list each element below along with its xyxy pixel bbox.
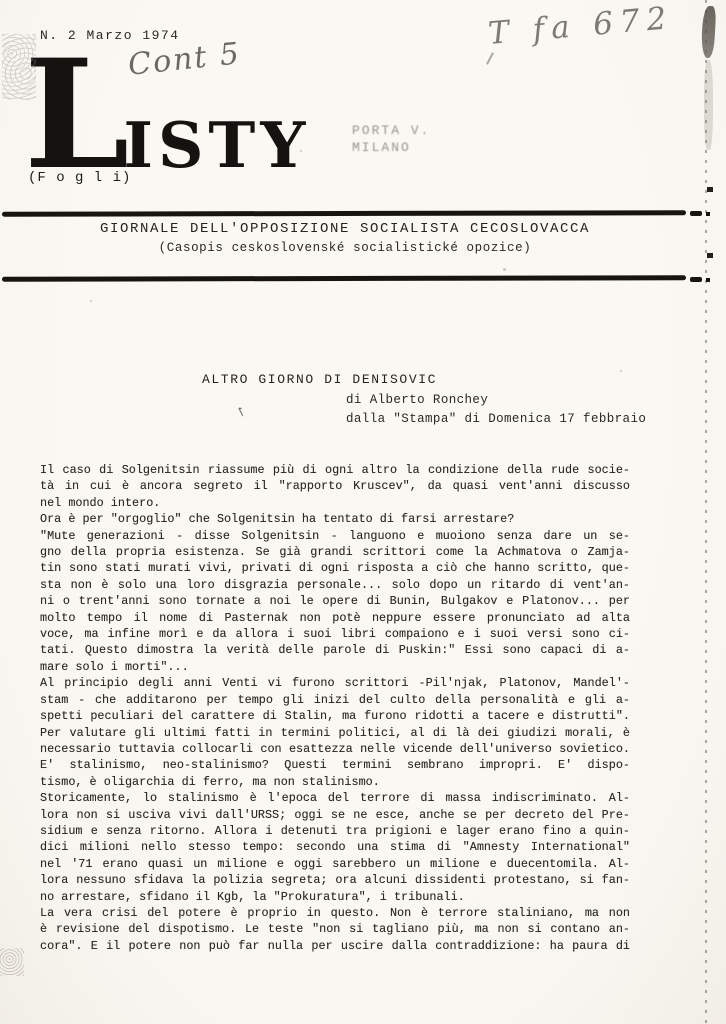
scan-artifact-noise-bottomleft: [0, 948, 24, 976]
scan-speck: [620, 370, 622, 372]
scan-speck: [300, 150, 302, 152]
article-source-line: dalla "Stampa" di Domenica 17 febbraio: [346, 412, 646, 426]
body-line: tà in cui è ancora segreto il "rapporto …: [40, 478, 630, 494]
body-line: Ora è per "orgoglio" che Solgenitsin ha …: [40, 511, 630, 527]
article-title: ALTRO GIORNO DI DENISOVIC: [202, 372, 437, 387]
stamp-line-2: MILANO: [352, 139, 430, 156]
scan-artifact-noise-topleft: [2, 34, 36, 100]
scanned-document-page: N. 2 Marzo 1974 Cont 5 T fa 672 LISTY (F…: [0, 0, 726, 1024]
article-byline: di Alberto Ronchey: [346, 393, 488, 407]
body-line: nel mondo intero.: [40, 495, 630, 511]
body-line: "Mute generazioni - disse Solgenitsin - …: [40, 528, 630, 544]
body-line: Per valutare gli ultimi fatti in termini…: [40, 725, 630, 741]
divider-rule-top: [2, 210, 686, 216]
rule-bottom-end-dash: [690, 277, 702, 282]
scan-artifact-edge-dots: [705, 0, 707, 1024]
scan-artifact-corner-blob: [701, 6, 717, 59]
body-line: stam - che additarono per tempo gli iniz…: [40, 692, 630, 708]
banner-subtitle: (Casopis ceskoslovenské socialistické op…: [0, 241, 690, 255]
banner-title: GIORNALE DELL'OPPOSIZIONE SOCIALISTA CEC…: [0, 221, 690, 237]
body-line: cora". E il potere non può far nulla per…: [40, 938, 630, 954]
body-line: mare solo i morti"...: [40, 659, 630, 675]
body-line: dici milioni nello stesso tempo: secondo…: [40, 839, 630, 855]
scan-artifact-corner-smudge: [704, 60, 713, 150]
body-line: lora non si usciva vivi dall'URSS; oggi …: [40, 807, 630, 823]
rule-top-end-dash: [690, 211, 702, 216]
body-line: Il caso di Solgenitsin riassume più di o…: [40, 462, 630, 478]
body-line: voce, ma infine morì e da allora i suoi …: [40, 626, 630, 642]
masthead-logo: LISTY: [24, 40, 310, 190]
body-line: gno della propria esistenza. Se già gran…: [40, 544, 630, 560]
body-line: tati. Questo dimostra la verità delle pa…: [40, 642, 630, 658]
body-line: no arrestare, sfidano il Kgb, la "Prokur…: [40, 889, 630, 905]
article-body: Il caso di Solgenitsin riassume più di o…: [40, 462, 630, 954]
margin-artifact-square-2: [707, 253, 713, 258]
body-line: necessario tuttavia collocarli con esatt…: [40, 741, 630, 757]
divider-rule-bottom: [2, 275, 686, 281]
margin-artifact-square-1: [707, 187, 713, 192]
pencil-tick-mark: [486, 52, 494, 64]
body-line: sta non è solo una loro disgrazia person…: [40, 577, 630, 593]
masthead-logo-text: ISTY: [123, 108, 310, 182]
body-line: sidium e senza ritorno. Allora i detenut…: [40, 823, 630, 839]
body-line: lora nessuno sfidava la polizia segreta;…: [40, 872, 630, 888]
body-line: Al principio degli anni Venti vi furono …: [40, 675, 630, 691]
body-line: molto tempo il nome di Pasternak non pot…: [40, 610, 630, 626]
scan-speck: [503, 268, 506, 271]
body-line: E' stalinismo, neo-stalinismo? Questi te…: [40, 757, 630, 773]
body-line: nel '71 erano quasi un milione e oggi sa…: [40, 856, 630, 872]
body-line: spetti peculiari del carattere di Stalin…: [40, 708, 630, 724]
masthead-subtitle: (F o g l i): [28, 170, 131, 186]
body-line: Storicamente, lo stalinismo è l'epoca de…: [40, 790, 630, 806]
body-line: tismo, è oligarchia di ferro, ma non sta…: [40, 774, 630, 790]
scan-speck: [90, 300, 92, 302]
body-line: è revisione del dispotismo. Le teste "no…: [40, 921, 630, 937]
stamp-line-1: PORTA V.: [352, 122, 430, 139]
postmark-stamp: PORTA V. MILANO: [352, 122, 430, 156]
pencil-checkmark-icon: ✓: [230, 403, 251, 420]
body-line: tin sono stati murati vivi, privati di o…: [40, 560, 630, 576]
body-line: La vera crisi del potere è proprio in qu…: [40, 905, 630, 921]
handwritten-note-ref: T fa 672: [487, 0, 675, 52]
body-line: ni o trent'anni sono tornate a noi le op…: [40, 593, 630, 609]
